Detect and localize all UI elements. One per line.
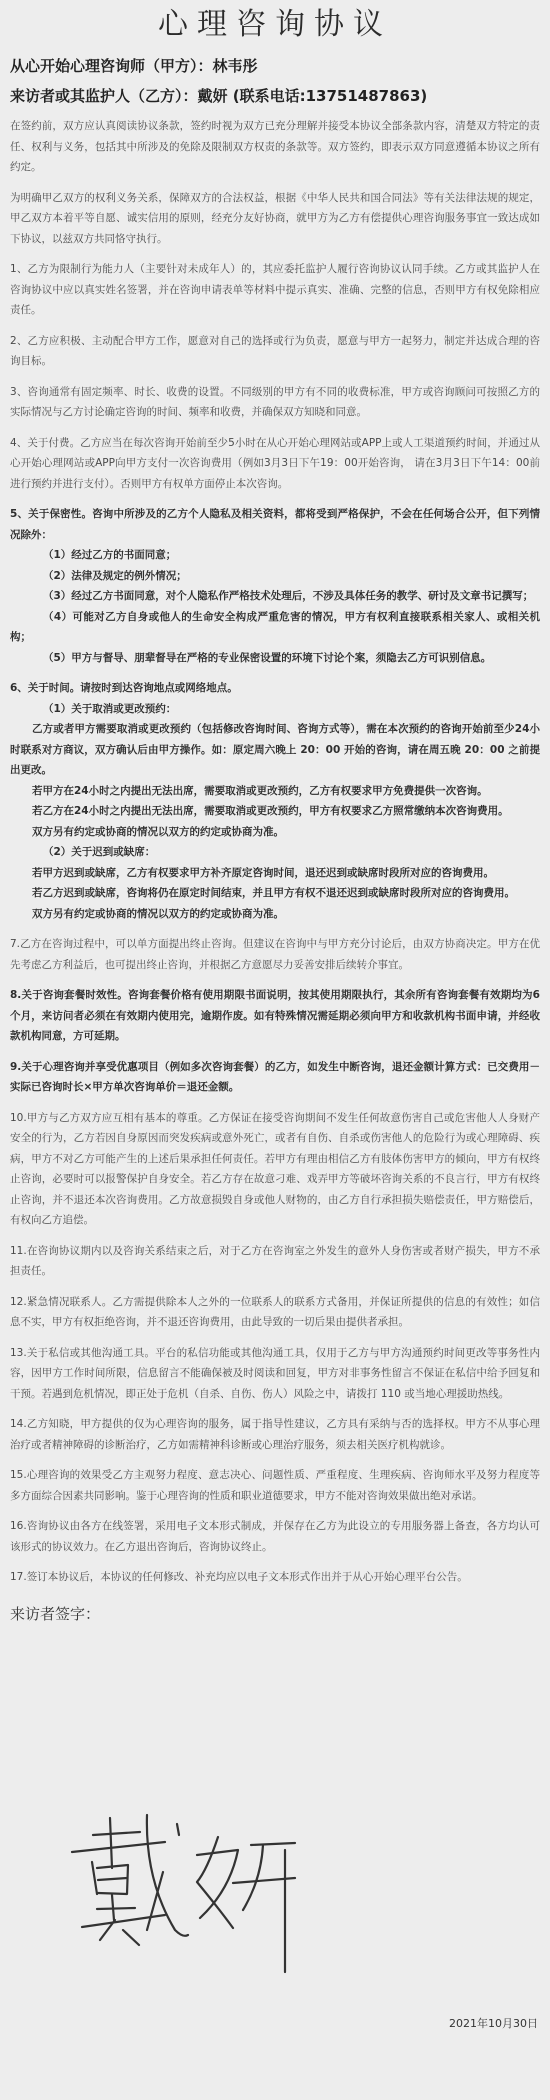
clause-6-sub-2-note: 双方另有约定或协商的情况以双方的约定或协商为准。 xyxy=(10,904,540,925)
clause-4: 4、关于付费。乙方应当在每次咨询开始前至少5小时在从心开始心理网站或APP上或人… xyxy=(10,433,540,495)
clause-9: 9.关于心理咨询并享受优惠项目（例如多次咨询套餐）的乙方，如发生中断咨询，退还金… xyxy=(10,1057,540,1098)
clause-8: 8.关于咨询套餐时效性。咨询套餐价格有使用期限书面说明，按其使用期限执行，其余所… xyxy=(10,985,540,1047)
agreement-body: 在签约前，双方应认真阅读协议条款，签约时视为双方已充分理解并接受本协议全部条款内… xyxy=(0,116,550,1588)
clause-5-item-1: （1）经过乙方的书面同意； xyxy=(10,545,540,566)
clause-17: 17.签订本协议后，本协议的任何修改、补充均应以电子文本形式作出并于从心开始心理… xyxy=(10,1567,540,1588)
clause-6: 6、关于时间。请按时到达咨询地点或网络地点。 xyxy=(10,678,540,699)
preamble-paragraph: 在签约前，双方应认真阅读协议条款，签约时视为双方已充分理解并接受本协议全部条款内… xyxy=(10,116,540,178)
clause-3: 3、咨询通常有固定频率、时长、收费的设置。不同级别的甲方有不同的收费标准，甲方或… xyxy=(10,382,540,423)
clause-11: 11.在咨询协议期内以及咨询关系结束之后，对于乙方在咨询室之外发生的意外人身伤害… xyxy=(10,1241,540,1282)
clause-6-sub-1-heading: （1）关于取消或更改预约： xyxy=(10,699,540,720)
clause-7: 7.乙方在咨询过程中，可以单方面提出终止咨询。但建议在咨询中与甲方充分讨论后，由… xyxy=(10,934,540,975)
clause-5-item-4: （4）可能对乙方自身或他人的生命安全构成严重危害的情况，甲方有权利直接联系相关家… xyxy=(10,607,540,648)
clause-6-sub-1-note: 双方另有约定或协商的情况以双方的约定或协商为准。 xyxy=(10,822,540,843)
clause-5-item-2: （2）法律及规定的例外情况； xyxy=(10,566,540,587)
clause-6-sub-2-heading: （2）关于迟到或缺席： xyxy=(10,842,540,863)
clause-2: 2、乙方应积极、主动配合甲方工作，愿意对自己的选择或行为负责，愿意与甲方一起努力… xyxy=(10,331,540,372)
signing-date: 2021年10月30日 xyxy=(449,2015,538,2031)
clause-10: 10.甲方与乙方双方应互相有基本的尊重。乙方保证在接受咨询期间不发生任何故意伤害… xyxy=(10,1108,540,1231)
party-a-line: 从心开始心理咨询师（甲方）：林韦彤 xyxy=(10,56,540,76)
clause-15: 15.心理咨询的效果受乙方主观努力程度、意志决心、问题性质、严重程度、生理疾病、… xyxy=(10,1465,540,1506)
clause-6-sub-1-party-a: 若甲方在24小时之内提出无法出席，需要取消或更改预约，乙方有权要求甲方免费提供一… xyxy=(10,781,540,802)
party-b-line: 来访者或其监护人（乙方）：戴妍 (联系电话:13751487863) xyxy=(10,86,540,106)
clause-5-item-5: （5）甲方与督导、朋辈督导在严格的专业保密设置的环境下讨论个案，须隐去乙方可识别… xyxy=(10,648,540,669)
clause-5-item-3: （3）经过乙方书面同意，对个人隐私作严格技术处理后，不涉及具体任务的教学、研讨及… xyxy=(10,586,540,607)
clause-5: 5、关于保密性。咨询中所涉及的乙方个人隐私及相关资料，都将受到严格保护，不会在任… xyxy=(10,504,540,545)
basis-paragraph: 为明确甲乙双方的权利义务关系，保障双方的合法权益，根据《中华人民共和国合同法》等… xyxy=(10,188,540,250)
clause-12: 12.紧急情况联系人。乙方需提供除本人之外的一位联系人的联系方式备用，并保证所提… xyxy=(10,1292,540,1333)
clause-16: 16.咨询协议由各方在线签署，采用电子文本形式制成，并保存在乙方为此设立的专用服… xyxy=(10,1516,540,1557)
clause-13: 13.关于私信或其他沟通工具。平台的私信功能或其他沟通工具，仅用于乙方与甲方沟通… xyxy=(10,1343,540,1405)
clause-1: 1、乙方为限制行为能力人（主要针对未成年人）的，其应委托监护人履行咨询协议认同手… xyxy=(10,259,540,321)
clause-14: 14.乙方知晓，甲方提供的仅为心理咨询的服务，属于指导性建议，乙方具有采纳与否的… xyxy=(10,1414,540,1455)
clause-6-sub-2-party-a: 若甲方迟到或缺席，乙方有权要求甲方补齐原定咨询时间，退还迟到或缺席时段所对应的咨… xyxy=(10,863,540,884)
clause-6-sub-1-party-b: 若乙方在24小时之内提出无法出席，需要取消或更改预约，甲方有权要求乙方照常缴纳本… xyxy=(10,801,540,822)
handwritten-signature xyxy=(55,1810,305,1980)
clause-6-sub-2-party-b: 若乙方迟到或缺席，咨询将仍在原定时间结束，并且甲方有权不退还迟到或缺席时段所对应… xyxy=(10,883,540,904)
signature-label: 来访者签字： xyxy=(10,1604,540,1624)
clause-6-sub-1-text: 乙方或者甲方需要取消或更改预约（包括修改咨询时间、咨询方式等），需在本次预约的咨… xyxy=(10,719,540,781)
document-title: 心理咨询协议 xyxy=(0,0,550,50)
agreement-page: 心理咨询协议 从心开始心理咨询师（甲方）：林韦彤 来访者或其监护人（乙方）：戴妍… xyxy=(0,0,550,2100)
